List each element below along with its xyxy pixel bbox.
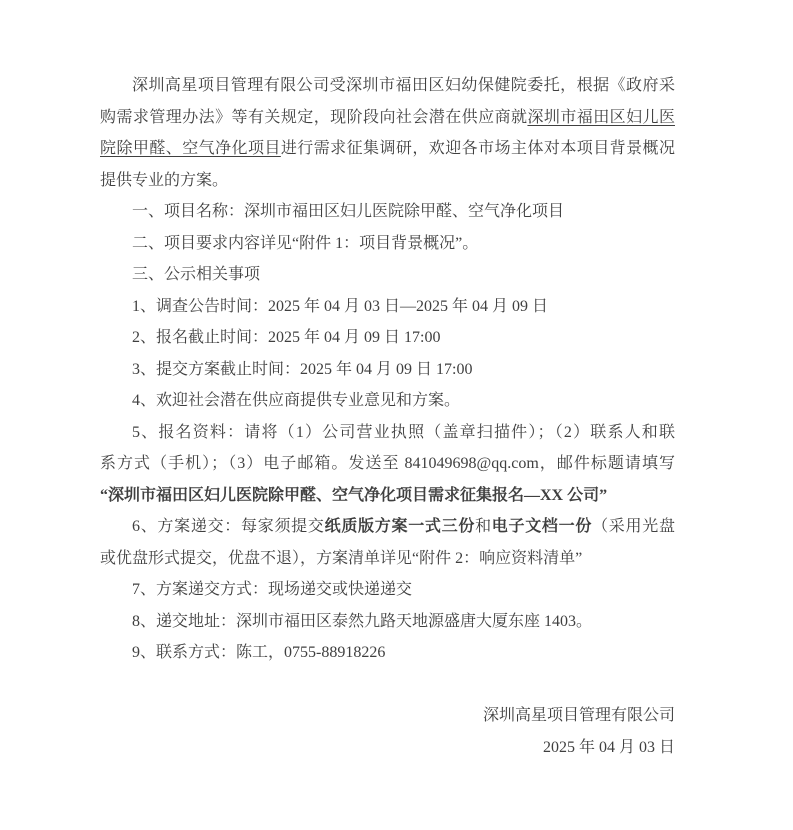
document-line: 二、项目要求内容详见“附件 1：项目背景概况”。 [100, 228, 675, 260]
document-line: 深圳高星项目管理有限公司 [100, 700, 675, 732]
text-run: 和 [475, 518, 492, 535]
document-line: 2025 年 04 月 03 日 [100, 732, 675, 764]
text-run: 5、报名资料：请将（1）公司营业执照（盖章扫描件）；（2）联系人和联 [132, 424, 675, 441]
document-line: 4、欢迎社会潜在供应商提供专业意见和方案。 [100, 385, 675, 417]
text-run: 系方式（手机）；（3）电子邮箱。发送至 841049698@qq.com，邮件标… [100, 455, 675, 472]
text-run: 2025 年 04 月 03 日 [543, 739, 675, 756]
bold-text-run: 纸质版方案一式三份 [325, 518, 475, 535]
document-line: 8、递交地址：深圳市福田区泰然九路天地源盛唐大厦东座 1403。 [100, 606, 675, 638]
text-run: 进行需求征集调研，欢迎各市场主体对本项目背景概况 [281, 140, 675, 157]
underlined-text-run: 深圳市福田区妇儿医 [527, 109, 675, 126]
document-line: 院除甲醛、空气净化项目进行需求征集调研，欢迎各市场主体对本项目背景概况 [100, 133, 675, 165]
text-run: 一、项目名称：深圳市福田区妇儿医院除甲醛、空气净化项目 [132, 203, 564, 220]
blank-line [100, 669, 675, 701]
text-run: 3、提交方案截止时间：2025 年 04 月 09 日 17:00 [132, 361, 472, 378]
document-line: 7、方案递交方式：现场递交或快递递交 [100, 574, 675, 606]
text-run: 2、报名截止时间：2025 年 04 月 09 日 17:00 [132, 329, 440, 346]
document-line: “深圳市福田区妇儿医院除甲醛、空气净化项目需求征集报名—XX 公司” [100, 480, 675, 512]
document-line: 系方式（手机）；（3）电子邮箱。发送至 841049698@qq.com，邮件标… [100, 448, 675, 480]
document-line: 2、报名截止时间：2025 年 04 月 09 日 17:00 [100, 322, 675, 354]
document-line: 3、提交方案截止时间：2025 年 04 月 09 日 17:00 [100, 354, 675, 386]
document-line: 购需求管理办法》等有关规定，现阶段向社会潜在供应商就深圳市福田区妇儿医 [100, 102, 675, 134]
text-run: 4、欢迎社会潜在供应商提供专业意见和方案。 [132, 392, 460, 409]
text-run: （采用光盘 [592, 518, 675, 535]
text-run: 9、联系方式：陈工，0755-88918226 [132, 644, 385, 661]
document-line: 1、调查公告时间：2025 年 04 月 03 日—2025 年 04 月 09… [100, 291, 675, 323]
text-run: 购需求管理办法》等有关规定，现阶段向社会潜在供应商就 [100, 109, 527, 126]
underlined-text-run: 院除甲醛、空气净化项目 [100, 140, 281, 157]
document-page: 深圳高星项目管理有限公司受深圳市福田区妇幼保健院委托，根据《政府采购需求管理办法… [0, 0, 793, 830]
document-content: 深圳高星项目管理有限公司受深圳市福田区妇幼保健院委托，根据《政府采购需求管理办法… [100, 70, 675, 763]
text-run: 深圳高星项目管理有限公司 [483, 707, 675, 724]
document-line: 三、公示相关事项 [100, 259, 675, 291]
text-run: 1、调查公告时间：2025 年 04 月 03 日—2025 年 04 月 09… [132, 298, 548, 315]
document-line: 6、方案递交：每家须提交纸质版方案一式三份和电子文档一份（采用光盘 [100, 511, 675, 543]
bold-text-run: “深圳市福田区妇儿医院除甲醛、空气净化项目需求征集报名—XX 公司” [100, 487, 607, 504]
document-line: 5、报名资料：请将（1）公司营业执照（盖章扫描件）；（2）联系人和联 [100, 417, 675, 449]
document-line: 深圳高星项目管理有限公司受深圳市福田区妇幼保健院委托，根据《政府采 [100, 70, 675, 102]
text-run: 或优盘形式提交，优盘不退），方案清单详见“附件 2：响应资料清单” [100, 550, 582, 567]
text-run: 8、递交地址：深圳市福田区泰然九路天地源盛唐大厦东座 1403。 [132, 613, 592, 630]
text-run: 三、公示相关事项 [132, 266, 260, 283]
text-run: 提供专业的方案。 [100, 172, 228, 189]
text-run: 二、项目要求内容详见“附件 1：项目背景概况”。 [132, 235, 478, 252]
document-line: 一、项目名称：深圳市福田区妇儿医院除甲醛、空气净化项目 [100, 196, 675, 228]
text-run: 7、方案递交方式：现场递交或快递递交 [132, 581, 412, 598]
bold-text-run: 电子文档一份 [492, 518, 592, 535]
document-line: 提供专业的方案。 [100, 165, 675, 197]
document-line: 或优盘形式提交，优盘不退），方案清单详见“附件 2：响应资料清单” [100, 543, 675, 575]
text-run: 深圳高星项目管理有限公司受深圳市福田区妇幼保健院委托，根据《政府采 [132, 77, 675, 94]
text-run: 6、方案递交：每家须提交 [132, 518, 325, 535]
document-line: 9、联系方式：陈工，0755-88918226 [100, 637, 675, 669]
